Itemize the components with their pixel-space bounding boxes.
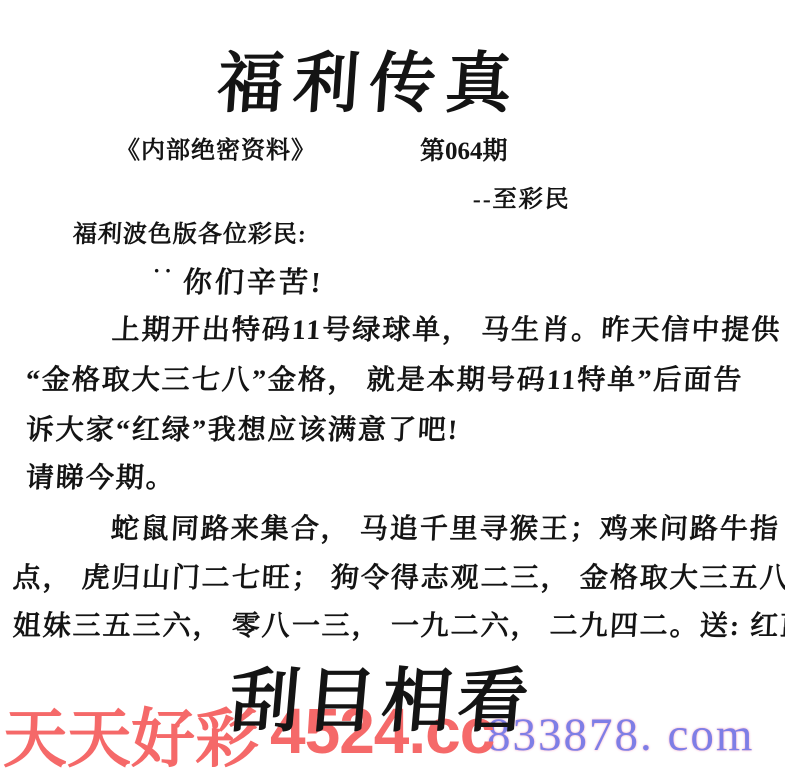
greeting-dots: ·· bbox=[153, 258, 176, 284]
paragraph1-line4: 请睇今期。 bbox=[25, 456, 177, 496]
poem-line2: 点， 虎归山门二七旺； 狗令得志观二三， 金格取大三五八。 bbox=[12, 556, 785, 596]
poem-line3: 姐妹三五三六， 零八一三， 一九二六， 二九四二。送: 红蓝 bbox=[12, 604, 785, 644]
salutation-line: 福利波色版各位彩民: bbox=[72, 214, 308, 249]
paragraph1-line2: “金格取大三七八”金格， 就是本期号码11特单”后面告 bbox=[25, 358, 745, 398]
poem-line1: 蛇鼠同路来集合， 马追千里寻猴王；鸡来问路牛指 bbox=[110, 507, 781, 547]
greeting-line: 你们辛苦! bbox=[182, 260, 325, 301]
classified-label: 《内部绝密资料》 bbox=[116, 130, 316, 165]
page-title: 福利传真 bbox=[0, 30, 743, 125]
fax-document-page: 福利传真 《内部绝密资料》 第064期 --至彩民 福利波色版各位彩民: ·· … bbox=[0, 0, 785, 772]
issue-number: 第064期 bbox=[420, 131, 508, 167]
footer-big-title: 刮目相看 bbox=[0, 645, 769, 746]
paragraph1-line3: 诉大家“红绿”我想应该满意了吧! bbox=[25, 408, 460, 448]
dedication-line: --至彩民 bbox=[472, 179, 572, 214]
paragraph1-line1: 上期开出特码11号绿球单， 马生肖。昨天信中提供 bbox=[111, 308, 783, 348]
